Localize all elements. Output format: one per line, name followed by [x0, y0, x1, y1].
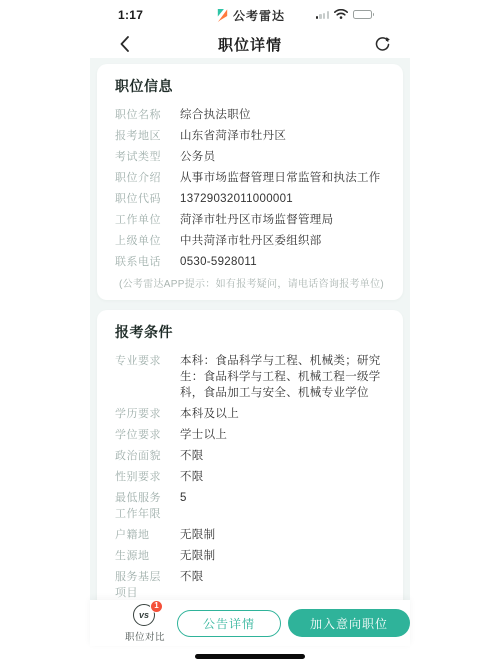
compare-label: 职位对比 [125, 629, 165, 643]
field-label: 考试类型 [115, 149, 163, 165]
req-row-origin: 生源地 无限制 [115, 548, 388, 564]
field-value: 山东省菏泽市牡丹区 [180, 128, 388, 144]
info-row-phone: 联系电话 0530-5928011 [115, 254, 388, 270]
field-value: 不限 [180, 448, 388, 464]
field-value: 不限 [180, 569, 388, 585]
field-label: 上级单位 [115, 233, 163, 249]
add-intent-position-button[interactable]: 加入意向职位 [288, 609, 410, 637]
status-icons [316, 9, 374, 19]
app-hint-text: (公考雷达APP提示：如有报考疑问，请电话咨询报考单位) [115, 275, 388, 290]
compare-count-badge: 1 [150, 600, 163, 613]
field-value: 菏泽市牡丹区市场监督管理局 [180, 212, 388, 228]
field-value: 不限 [180, 469, 388, 485]
info-row-name: 职位名称 综合执法职位 [115, 107, 388, 123]
compare-positions-button[interactable]: vs 1 职位对比 [124, 604, 166, 643]
phone-frame: 1:17 公考雷达 [90, 0, 410, 667]
field-label: 工作单位 [115, 212, 163, 228]
info-row-employer: 工作单位 菏泽市牡丹区市场监督管理局 [115, 212, 388, 228]
field-value: 本科：食品科学与工程、机械类；研究生：食品科学与工程、机械工程一级学科，食品加工… [180, 353, 388, 401]
requirements-card: 报考条件 专业要求 本科：食品科学与工程、机械类；研究生：食品科学与工程、机械工… [97, 310, 403, 600]
field-label: 最低服务工作年限 [115, 490, 163, 522]
app-name: 公考雷达 [233, 7, 285, 24]
app-screen: 1:17 公考雷达 [0, 0, 500, 667]
field-label: 户籍地 [115, 527, 163, 543]
content-area[interactable]: 职位信息 职位名称 综合执法职位 报考地区 山东省菏泽市牡丹区 考试类型 公务员… [90, 58, 410, 600]
field-value: 从事市场监督管理日常监管和执法工作 [180, 170, 388, 186]
field-value: 13729032011000001 [180, 191, 388, 207]
field-label: 职位代码 [115, 191, 163, 207]
job-info-card: 职位信息 职位名称 综合执法职位 报考地区 山东省菏泽市牡丹区 考试类型 公务员… [97, 64, 403, 300]
req-row-grassroots-program: 服务基层项目 不限 [115, 569, 388, 600]
app-logo-icon [215, 8, 230, 23]
info-row-region: 报考地区 山东省菏泽市牡丹区 [115, 128, 388, 144]
app-brand: 公考雷达 [215, 7, 285, 24]
nav-bar: 职位详情 [90, 30, 410, 58]
status-time: 1:17 [118, 8, 143, 22]
info-row-superior-unit: 上级单位 中共菏泽市牡丹区委组织部 [115, 233, 388, 249]
job-info-title: 职位信息 [115, 76, 388, 96]
field-value: 无限制 [180, 548, 388, 564]
field-value: 中共菏泽市牡丹区委组织部 [180, 233, 388, 249]
field-label: 生源地 [115, 548, 163, 564]
wifi-icon [334, 9, 348, 19]
field-label: 专业要求 [115, 353, 163, 369]
status-bar: 1:17 公考雷达 [90, 0, 410, 30]
field-label: 服务基层项目 [115, 569, 163, 600]
req-row-degree: 学位要求 学士以上 [115, 427, 388, 443]
field-label: 报考地区 [115, 128, 163, 144]
field-label: 学历要求 [115, 406, 163, 422]
home-indicator-zone [90, 646, 410, 667]
field-label: 职位名称 [115, 107, 163, 123]
field-value: 无限制 [180, 527, 388, 543]
field-label: 学位要求 [115, 427, 163, 443]
field-value: 本科及以上 [180, 406, 388, 422]
home-indicator[interactable] [195, 654, 305, 659]
req-row-household-registration: 户籍地 无限制 [115, 527, 388, 543]
page-title: 职位详情 [218, 34, 282, 55]
field-value: 公务员 [180, 149, 388, 165]
refresh-icon[interactable] [372, 34, 392, 54]
cellular-signal-icon [316, 10, 329, 19]
field-label: 职位介绍 [115, 170, 163, 186]
req-row-major: 专业要求 本科：食品科学与工程、机械类；研究生：食品科学与工程、机械工程一级学科… [115, 353, 388, 401]
requirements-title: 报考条件 [115, 322, 388, 342]
field-label: 联系电话 [115, 254, 163, 270]
req-row-gender: 性别要求 不限 [115, 469, 388, 485]
bottom-action-bar: vs 1 职位对比 公告详情 加入意向职位 [90, 600, 410, 646]
info-row-description: 职位介绍 从事市场监督管理日常监管和执法工作 [115, 170, 388, 186]
req-row-education: 学历要求 本科及以上 [115, 406, 388, 422]
battery-icon [353, 10, 374, 20]
req-row-political-status: 政治面貌 不限 [115, 448, 388, 464]
field-value: 5 [180, 490, 388, 506]
field-value: 0530-5928011 [180, 254, 388, 270]
field-value: 学士以上 [180, 427, 388, 443]
info-row-exam-type: 考试类型 公务员 [115, 149, 388, 165]
req-row-min-service-years: 最低服务工作年限 5 [115, 490, 388, 522]
field-label: 政治面貌 [115, 448, 163, 464]
field-label: 性别要求 [115, 469, 163, 485]
info-row-code: 职位代码 13729032011000001 [115, 191, 388, 207]
back-icon[interactable] [114, 34, 134, 54]
announcement-detail-button[interactable]: 公告详情 [177, 610, 281, 637]
field-value: 综合执法职位 [180, 107, 388, 123]
